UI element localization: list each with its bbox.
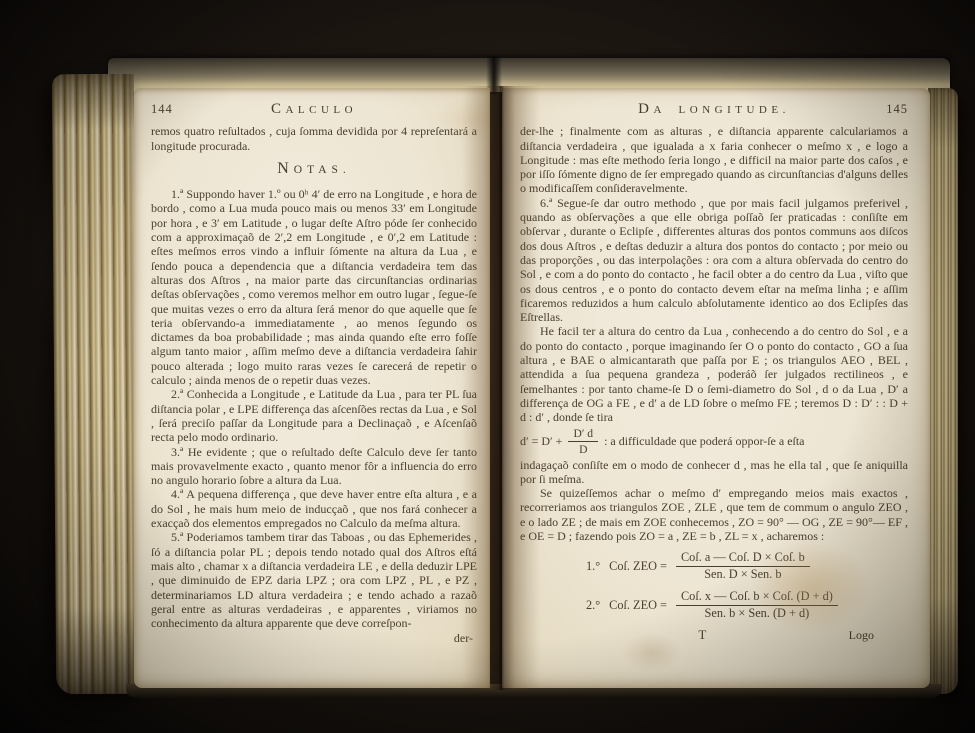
- catchword: der-: [151, 631, 477, 645]
- formula-lhs: Coſ. ZEO =: [609, 559, 667, 573]
- right-fore-edge-stack: [928, 88, 958, 694]
- book-top-edges: [108, 58, 950, 92]
- note-paragraph: 6.ª Segue-ſe dar outro methodo , que por…: [520, 196, 908, 325]
- formula-label: 2.°: [586, 598, 600, 612]
- signature-mark: T: [698, 628, 706, 642]
- fraction-denominator: Sen. D × Sen. b: [704, 567, 781, 582]
- fraction-numerator: D′ d: [568, 427, 598, 442]
- running-title: DA LONGITUDE.: [572, 102, 856, 117]
- catchword-text: der-: [454, 631, 473, 645]
- inline-formula: d′ = D′ + D′ d D : a difficuldade que po…: [520, 427, 908, 456]
- display-formula-1: 1.° Coſ. ZEO = Coſ. a — Coſ. D × Coſ. b …: [586, 551, 908, 582]
- fraction-numerator: Coſ. a — Coſ. D × Coſ. b: [676, 551, 810, 567]
- page-header: 144 CALCULO: [151, 102, 477, 117]
- catchword-text: Logo: [849, 628, 874, 642]
- note-paragraph: 4.ª A pequena differença , que deve have…: [151, 487, 477, 530]
- fraction-denominator: Sen. b × Sen. (D + d): [705, 606, 810, 621]
- fraction: Coſ. x — Coſ. b × Coſ. (D + d) Sen. b × …: [676, 590, 838, 621]
- fraction-numerator: Coſ. x — Coſ. b × Coſ. (D + d): [676, 590, 838, 606]
- note-paragraph: 1.ª Suppondo haver 1.º ou 0ʰ 4′ de erro …: [151, 187, 477, 387]
- page-right: DA LONGITUDE. 145 der-lhe ; finalmente c…: [502, 88, 930, 688]
- formula-lead: d′ = D′ +: [520, 434, 562, 448]
- formula-lhs: Coſ. ZEO =: [609, 598, 667, 612]
- display-formula-2: 2.° Coſ. ZEO = Coſ. x — Coſ. b × Coſ. (D…: [586, 590, 908, 621]
- fraction-denominator: D: [579, 442, 587, 456]
- fraction: Coſ. a — Coſ. D × Coſ. b Sen. D × Sen. b: [676, 551, 810, 582]
- page-number: 144: [151, 102, 203, 116]
- body-paragraph: He facil ter a altura do centro da Lua ,…: [520, 324, 908, 424]
- body-paragraph: indagaçaõ conſiſte em o modo de conhecer…: [520, 458, 908, 487]
- left-page-edge-stack: [52, 74, 138, 695]
- book-photo: 144 CALCULO remos quatro reſultados , cu…: [0, 0, 975, 733]
- page-left: 144 CALCULO remos quatro reſultados , cu…: [134, 88, 490, 688]
- formula-label: 1.°: [586, 559, 600, 573]
- paragraph-continuation: remos quatro reſultados , cuja ſomma dev…: [151, 124, 477, 153]
- page-header: DA LONGITUDE. 145: [520, 102, 908, 117]
- note-paragraph: 3.ª He evidente ; que o reſultado deſte …: [151, 445, 477, 488]
- body-paragraph: Se quizeſſemos achar o meſmo d′ empregan…: [520, 486, 908, 543]
- signature-row: T Logo: [520, 628, 908, 646]
- fraction: D′ d D: [568, 427, 598, 456]
- note-paragraph: 2.ª Conhecida a Longitude , e Latitude d…: [151, 387, 477, 444]
- running-title: CALCULO: [203, 102, 425, 117]
- page-number: 145: [856, 102, 908, 116]
- formula-tail: : a difficuldade que poderá oppor-ſe a e…: [604, 434, 804, 448]
- section-heading: NOTAS.: [151, 162, 477, 177]
- note-paragraph: 5.ª Poderiamos tambem tirar das Taboas ,…: [151, 530, 477, 630]
- paragraph-continuation: der-lhe ; finalmente com as alturas , e …: [520, 124, 908, 195]
